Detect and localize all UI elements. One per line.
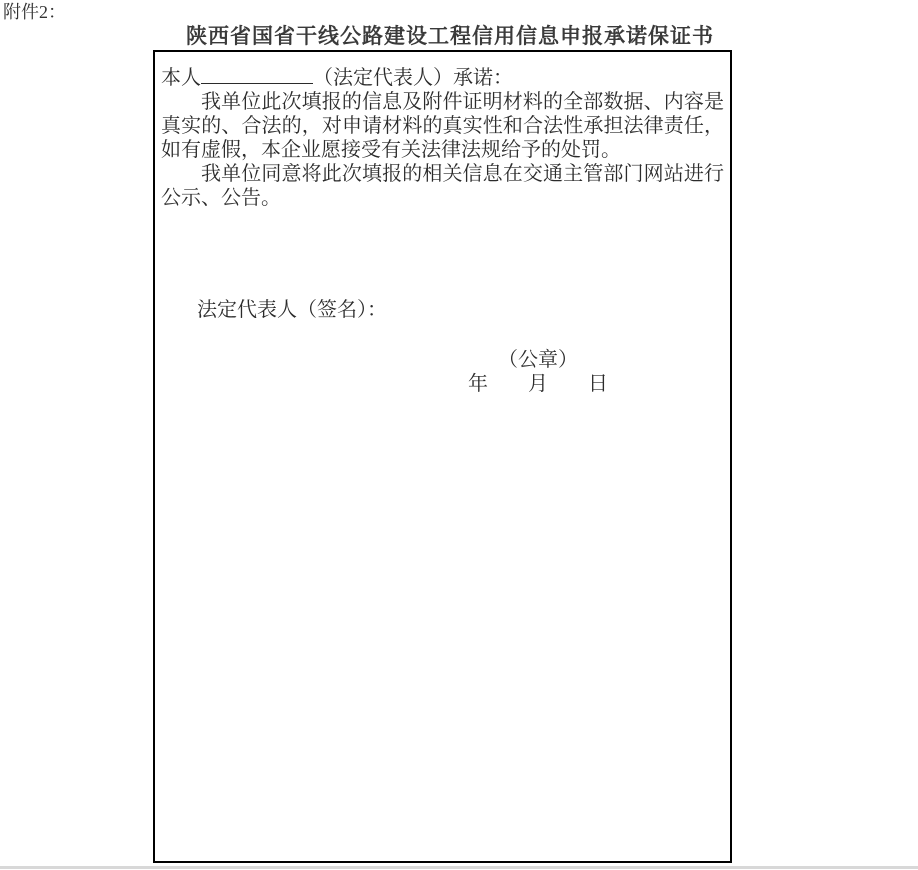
- opening-prefix: 本人: [161, 67, 201, 89]
- date-line: 年 月 日: [383, 372, 693, 396]
- opening-line: 本人（法定代表人）承诺：: [161, 64, 724, 90]
- signer-label: 法定代表人（签名）：: [197, 298, 724, 322]
- commitment-paragraph-truthfulness: 我单位此次填报的信息及附件证明材料的全部数据、内容是真实的、合法的，对申请材料的…: [161, 90, 724, 162]
- attachment-label: 附件2：: [3, 2, 66, 22]
- horizontal-scrollbar[interactable]: [0, 866, 918, 869]
- commitment-paragraph-publication: 我单位同意将此次填报的相关信息在交通主管部门网站进行公示、公告。: [161, 162, 724, 210]
- document-page: 附件2： 陕西省国省干线公路建设工程信用信息申报承诺保证书 本人（法定代表人）承…: [0, 0, 918, 870]
- seal-label: （公章）: [383, 348, 693, 372]
- document-title: 陕西省国省干线公路建设工程信用信息申报承诺保证书: [0, 20, 900, 50]
- opening-suffix: （法定代表人）承诺：: [313, 67, 513, 89]
- seal-date-block: （公章） 年 月 日: [383, 348, 693, 396]
- legal-rep-name-blank: [201, 64, 313, 84]
- document-border-box: 本人（法定代表人）承诺： 我单位此次填报的信息及附件证明材料的全部数据、内容是真…: [153, 50, 732, 863]
